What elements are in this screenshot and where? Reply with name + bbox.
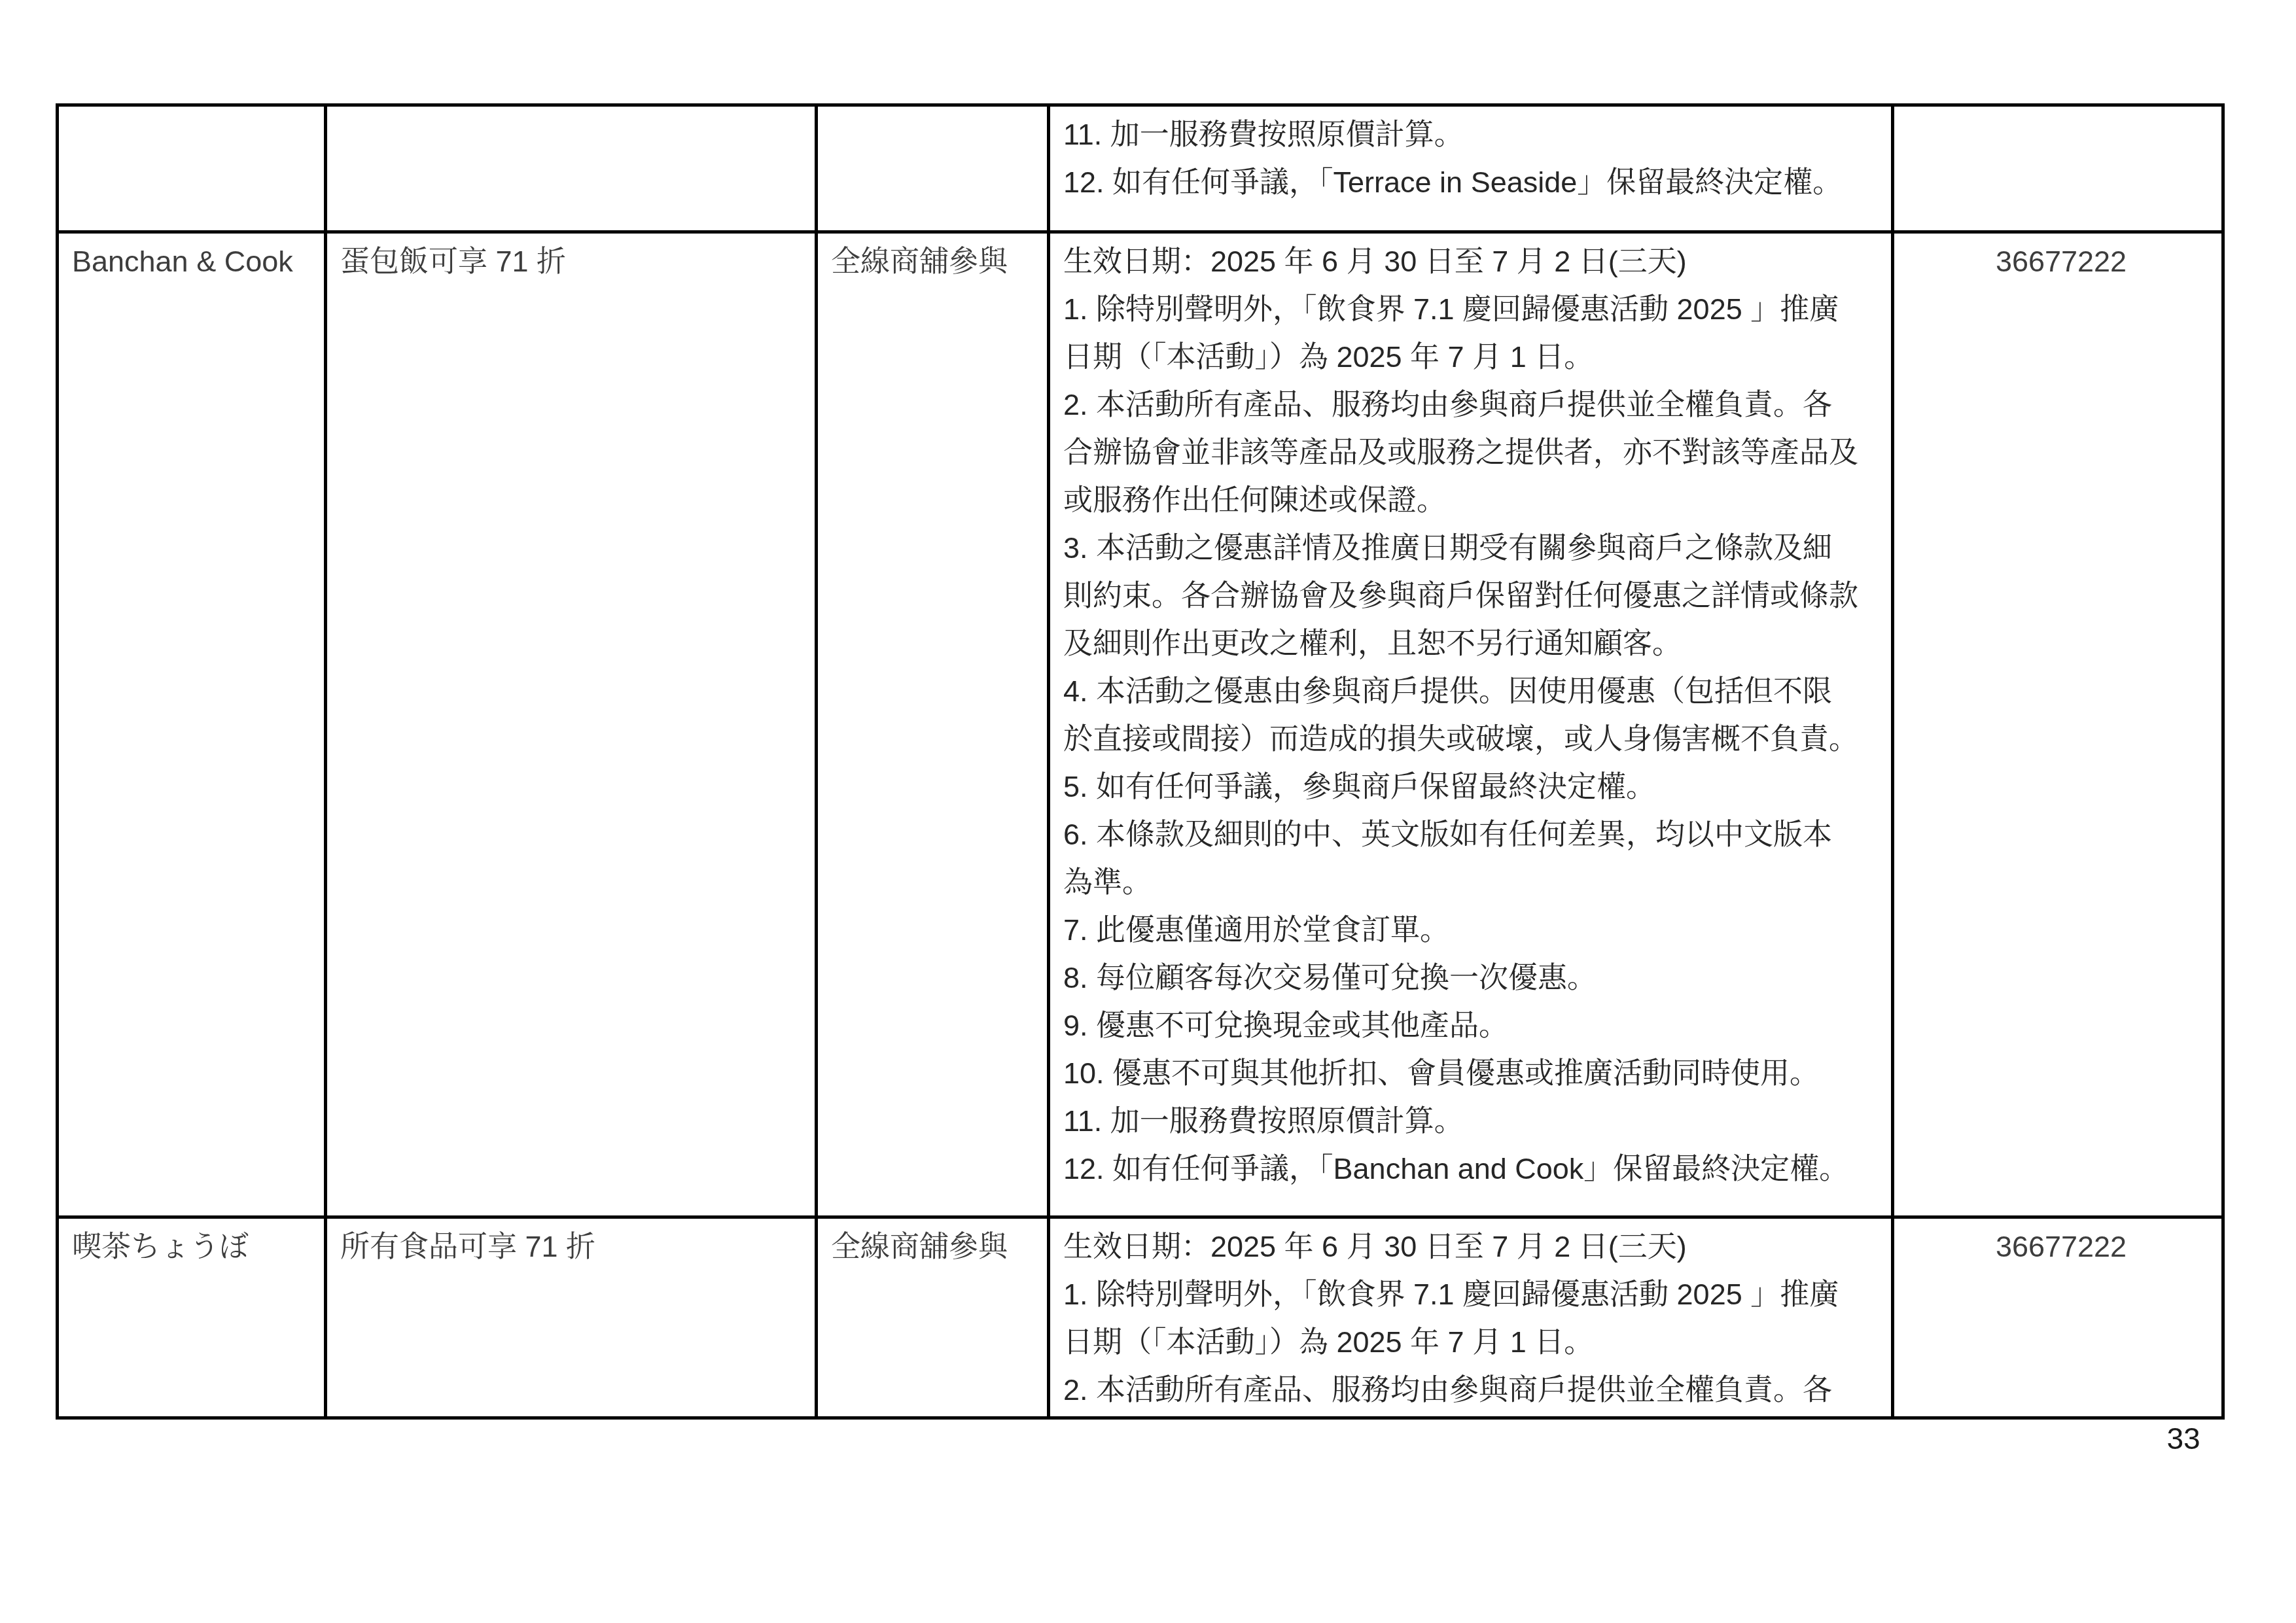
phone-number: 36677222 bbox=[1996, 1230, 2127, 1263]
offer-text: 蛋包飯可享 71 折 bbox=[340, 245, 566, 278]
offers-table: 11. 加一服務費按照原價計算。12. 如有任何爭議，「Terrace in S… bbox=[56, 103, 2225, 1420]
terms-line: 或服務作出任何陳述或保證。 bbox=[1063, 476, 1884, 524]
terms-text: 生效日期：2025 年 6 月 30 日至 7 月 2 日(三天)1. 除特別聲… bbox=[1063, 1223, 1884, 1414]
terms-cell: 生效日期：2025 年 6 月 30 日至 7 月 2 日(三天)1. 除特別聲… bbox=[1049, 232, 1893, 1217]
offer-cell: 蛋包飯可享 71 折 bbox=[326, 232, 817, 1217]
participation-cell: 全線商舖參與 bbox=[817, 1217, 1049, 1418]
terms-line: 則約束。各合辦協會及參與商戶保留對任何優惠之詳情或條款 bbox=[1063, 572, 1884, 620]
terms-line: 3. 本活動之優惠詳情及推廣日期受有關參與商戶之條款及細 bbox=[1063, 524, 1884, 572]
terms-line: 10. 優惠不可與其他折扣、會員優惠或推廣活動同時使用。 bbox=[1063, 1049, 1884, 1097]
phone-cell bbox=[1893, 105, 2223, 232]
table-row-banchan-and-cook: Banchan & Cook 蛋包飯可享 71 折 全線商舖參與 生效日期：20… bbox=[58, 232, 2223, 1217]
page-number: 33 bbox=[2157, 1415, 2210, 1462]
terms-text: 11. 加一服務費按照原價計算。12. 如有任何爭議，「Terrace in S… bbox=[1063, 111, 1884, 206]
participation-text: 全線商舖參與 bbox=[831, 245, 1008, 278]
terms-line: 日期（「本活動」）為 2025 年 7 月 1 日。 bbox=[1063, 333, 1884, 381]
terms-line: 8. 每位顧客每次交易僅可兌換一次優惠。 bbox=[1063, 954, 1884, 1002]
terms-line: 生效日期：2025 年 6 月 30 日至 7 月 2 日(三天) bbox=[1063, 1223, 1884, 1270]
offer-cell: 所有食品可享 71 折 bbox=[326, 1217, 817, 1418]
terms-cell: 11. 加一服務費按照原價計算。12. 如有任何爭議，「Terrace in S… bbox=[1049, 105, 1893, 232]
terms-line: 2. 本活動所有產品、服務均由參與商戶提供並全權負責。各 bbox=[1063, 381, 1884, 428]
terms-line: 9. 優惠不可兌換現金或其他產品。 bbox=[1063, 1002, 1884, 1049]
terms-line: 為準。 bbox=[1063, 858, 1884, 906]
terms-line: 生效日期：2025 年 6 月 30 日至 7 月 2 日(三天) bbox=[1063, 237, 1884, 285]
terms-line: 12. 如有任何爭議，「Banchan and Cook」保留最終決定權。 bbox=[1063, 1145, 1884, 1193]
terms-line: 1. 除特別聲明外，「飲食界 7.1 慶回歸優惠活動 2025 」推廣 bbox=[1063, 285, 1884, 333]
terms-line: 4. 本活動之優惠由參與商戶提供。因使用優惠（包括但不限 bbox=[1063, 667, 1884, 715]
merchant-cell: Banchan & Cook bbox=[58, 232, 326, 1217]
terms-line: 5. 如有任何爭議，參與商戶保留最終決定權。 bbox=[1063, 763, 1884, 811]
terms-line: 7. 此優惠僅適用於堂食訂單。 bbox=[1063, 906, 1884, 954]
terms-line: 於直接或間接）而造成的損失或破壞，或人身傷害概不負責。 bbox=[1063, 715, 1884, 763]
merchant-name: 喫茶ちょうぼ bbox=[72, 1230, 249, 1263]
terms-text: 生效日期：2025 年 6 月 30 日至 7 月 2 日(三天)1. 除特別聲… bbox=[1063, 237, 1884, 1193]
terms-line: 1. 除特別聲明外，「飲食界 7.1 慶回歸優惠活動 2025 」推廣 bbox=[1063, 1270, 1884, 1318]
participation-cell: 全線商舖參與 bbox=[817, 232, 1049, 1217]
terms-line: 及細則作出更改之權利，且恕不另行通知顧客。 bbox=[1063, 620, 1884, 667]
terms-line: 12. 如有任何爭議，「Terrace in Seaside」保留最終決定權。 bbox=[1063, 158, 1884, 206]
terms-line: 日期（「本活動」）為 2025 年 7 月 1 日。 bbox=[1063, 1318, 1884, 1366]
merchant-cell: 喫茶ちょうぼ bbox=[58, 1217, 326, 1418]
terms-line: 11. 加一服務費按照原價計算。 bbox=[1063, 1097, 1884, 1145]
phone-cell: 36677222 bbox=[1893, 1217, 2223, 1418]
terms-line: 11. 加一服務費按照原價計算。 bbox=[1063, 111, 1884, 158]
merchant-cell bbox=[58, 105, 326, 232]
terms-line: 6. 本條款及細則的中、英文版如有任何差異，均以中文版本 bbox=[1063, 811, 1884, 858]
phone-number: 36677222 bbox=[1996, 245, 2127, 278]
participation-cell bbox=[817, 105, 1049, 232]
terms-line: 2. 本活動所有產品、服務均由參與商戶提供並全權負責。各 bbox=[1063, 1366, 1884, 1414]
terms-line: 合辦協會並非該等產品及或服務之提供者，亦不對該等產品及 bbox=[1063, 428, 1884, 476]
table-row-continuation: 11. 加一服務費按照原價計算。12. 如有任何爭議，「Terrace in S… bbox=[58, 105, 2223, 232]
merchant-name: Banchan & Cook bbox=[72, 245, 293, 278]
table-row-kissa-chobo: 喫茶ちょうぼ 所有食品可享 71 折 全線商舖參與 生效日期：2025 年 6 … bbox=[58, 1217, 2223, 1418]
offer-text: 所有食品可享 71 折 bbox=[340, 1230, 595, 1263]
terms-cell: 生效日期：2025 年 6 月 30 日至 7 月 2 日(三天)1. 除特別聲… bbox=[1049, 1217, 1893, 1418]
phone-cell: 36677222 bbox=[1893, 232, 2223, 1217]
document-page: 11. 加一服務費按照原價計算。12. 如有任何爭議，「Terrace in S… bbox=[0, 0, 2296, 1623]
participation-text: 全線商舖參與 bbox=[831, 1230, 1008, 1263]
offer-cell bbox=[326, 105, 817, 232]
